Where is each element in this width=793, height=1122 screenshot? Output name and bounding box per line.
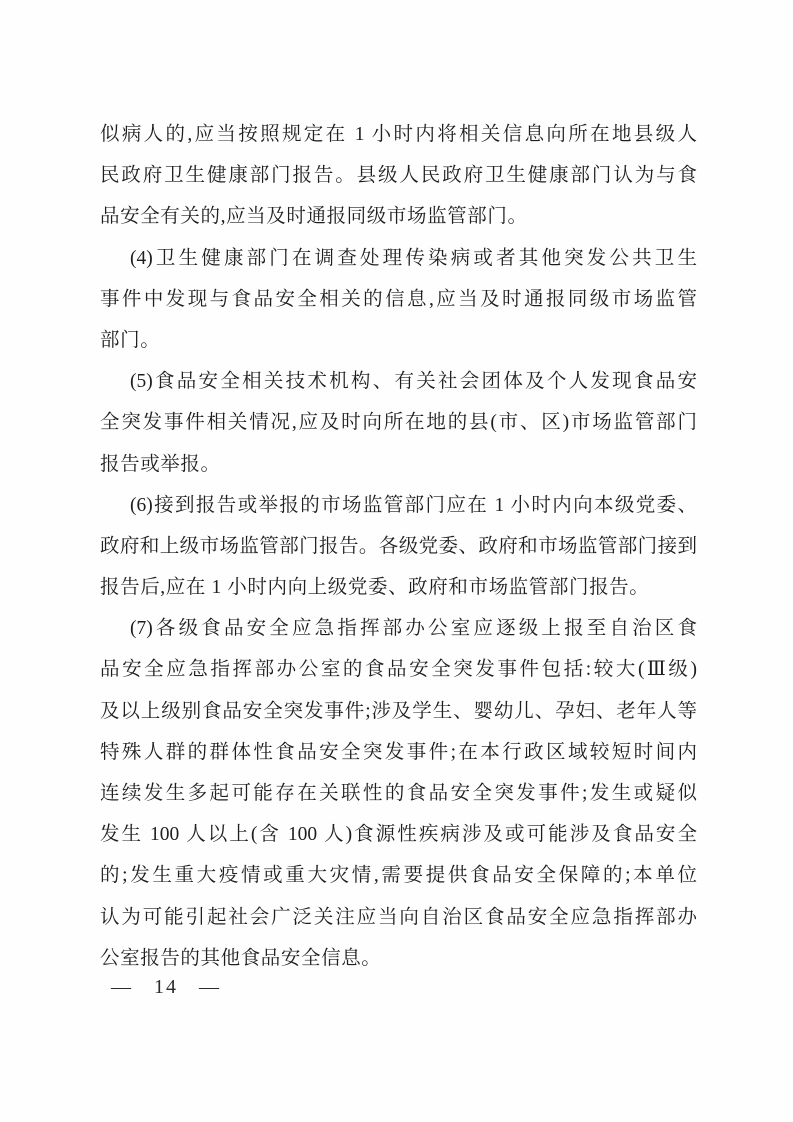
text-line: 全突发事件相关情况,应及时向所在地的县(市、区)市场监管部门 [100, 402, 697, 443]
text-line: 报告或举报。 [100, 444, 697, 485]
text-line: 民政府卫生健康部门报告。县级人民政府卫生健康部门认为与食 [100, 155, 697, 196]
document-page: 似病人的,应当按照规定在 1 小时内将相关信息向所在地县级人民政府卫生健康部门报… [0, 0, 793, 1122]
text-line: (6)接到报告或举报的市场监管部门应在 1 小时内向本级党委、 [100, 485, 697, 526]
text-line: 品安全应急指挥部办公室的食品安全突发事件包括:较大(Ⅲ级) [100, 649, 697, 690]
page-footer: — 14 — [111, 974, 221, 1000]
document-body: 似病人的,应当按照规定在 1 小时内将相关信息向所在地县级人民政府卫生健康部门报… [100, 114, 697, 979]
text-line: 特殊人群的群体性食品安全突发事件;在本行政区域较短时间内 [100, 732, 697, 773]
text-line: 似病人的,应当按照规定在 1 小时内将相关信息向所在地县级人 [100, 114, 697, 155]
text-line: 政府和上级市场监管部门报告。各级党委、政府和市场监管部门接到 [100, 526, 697, 567]
text-line: 连续发生多起可能存在关联性的食品安全突发事件;发生或疑似 [100, 773, 697, 814]
text-line: 的;发生重大疫情或重大灾情,需要提供食品安全保障的;本单位 [100, 855, 697, 896]
text-line: (4)卫生健康部门在调查处理传染病或者其他突发公共卫生 [100, 238, 697, 279]
page-number: — 14 — [111, 976, 221, 998]
text-line: 发生 100 人以上(含 100 人)食源性疾病涉及或可能涉及食品安全 [100, 814, 697, 855]
text-line: 事件中发现与食品安全相关的信息,应当及时通报同级市场监管 [100, 279, 697, 320]
text-line: 公室报告的其他食品安全信息。 [100, 938, 697, 979]
text-line: 认为可能引起社会广泛关注应当向自治区食品安全应急指挥部办 [100, 897, 697, 938]
text-line: (5)食品安全相关技术机构、有关社会团体及个人发现食品安 [100, 361, 697, 402]
text-line: 部门。 [100, 320, 697, 361]
text-line: 报告后,应在 1 小时内向上级党委、政府和市场监管部门报告。 [100, 567, 697, 608]
text-line: (7)各级食品安全应急指挥部办公室应逐级上报至自治区食 [100, 608, 697, 649]
text-line: 及以上级别食品安全突发事件;涉及学生、婴幼儿、孕妇、老年人等 [100, 691, 697, 732]
text-line: 品安全有关的,应当及时通报同级市场监管部门。 [100, 196, 697, 237]
